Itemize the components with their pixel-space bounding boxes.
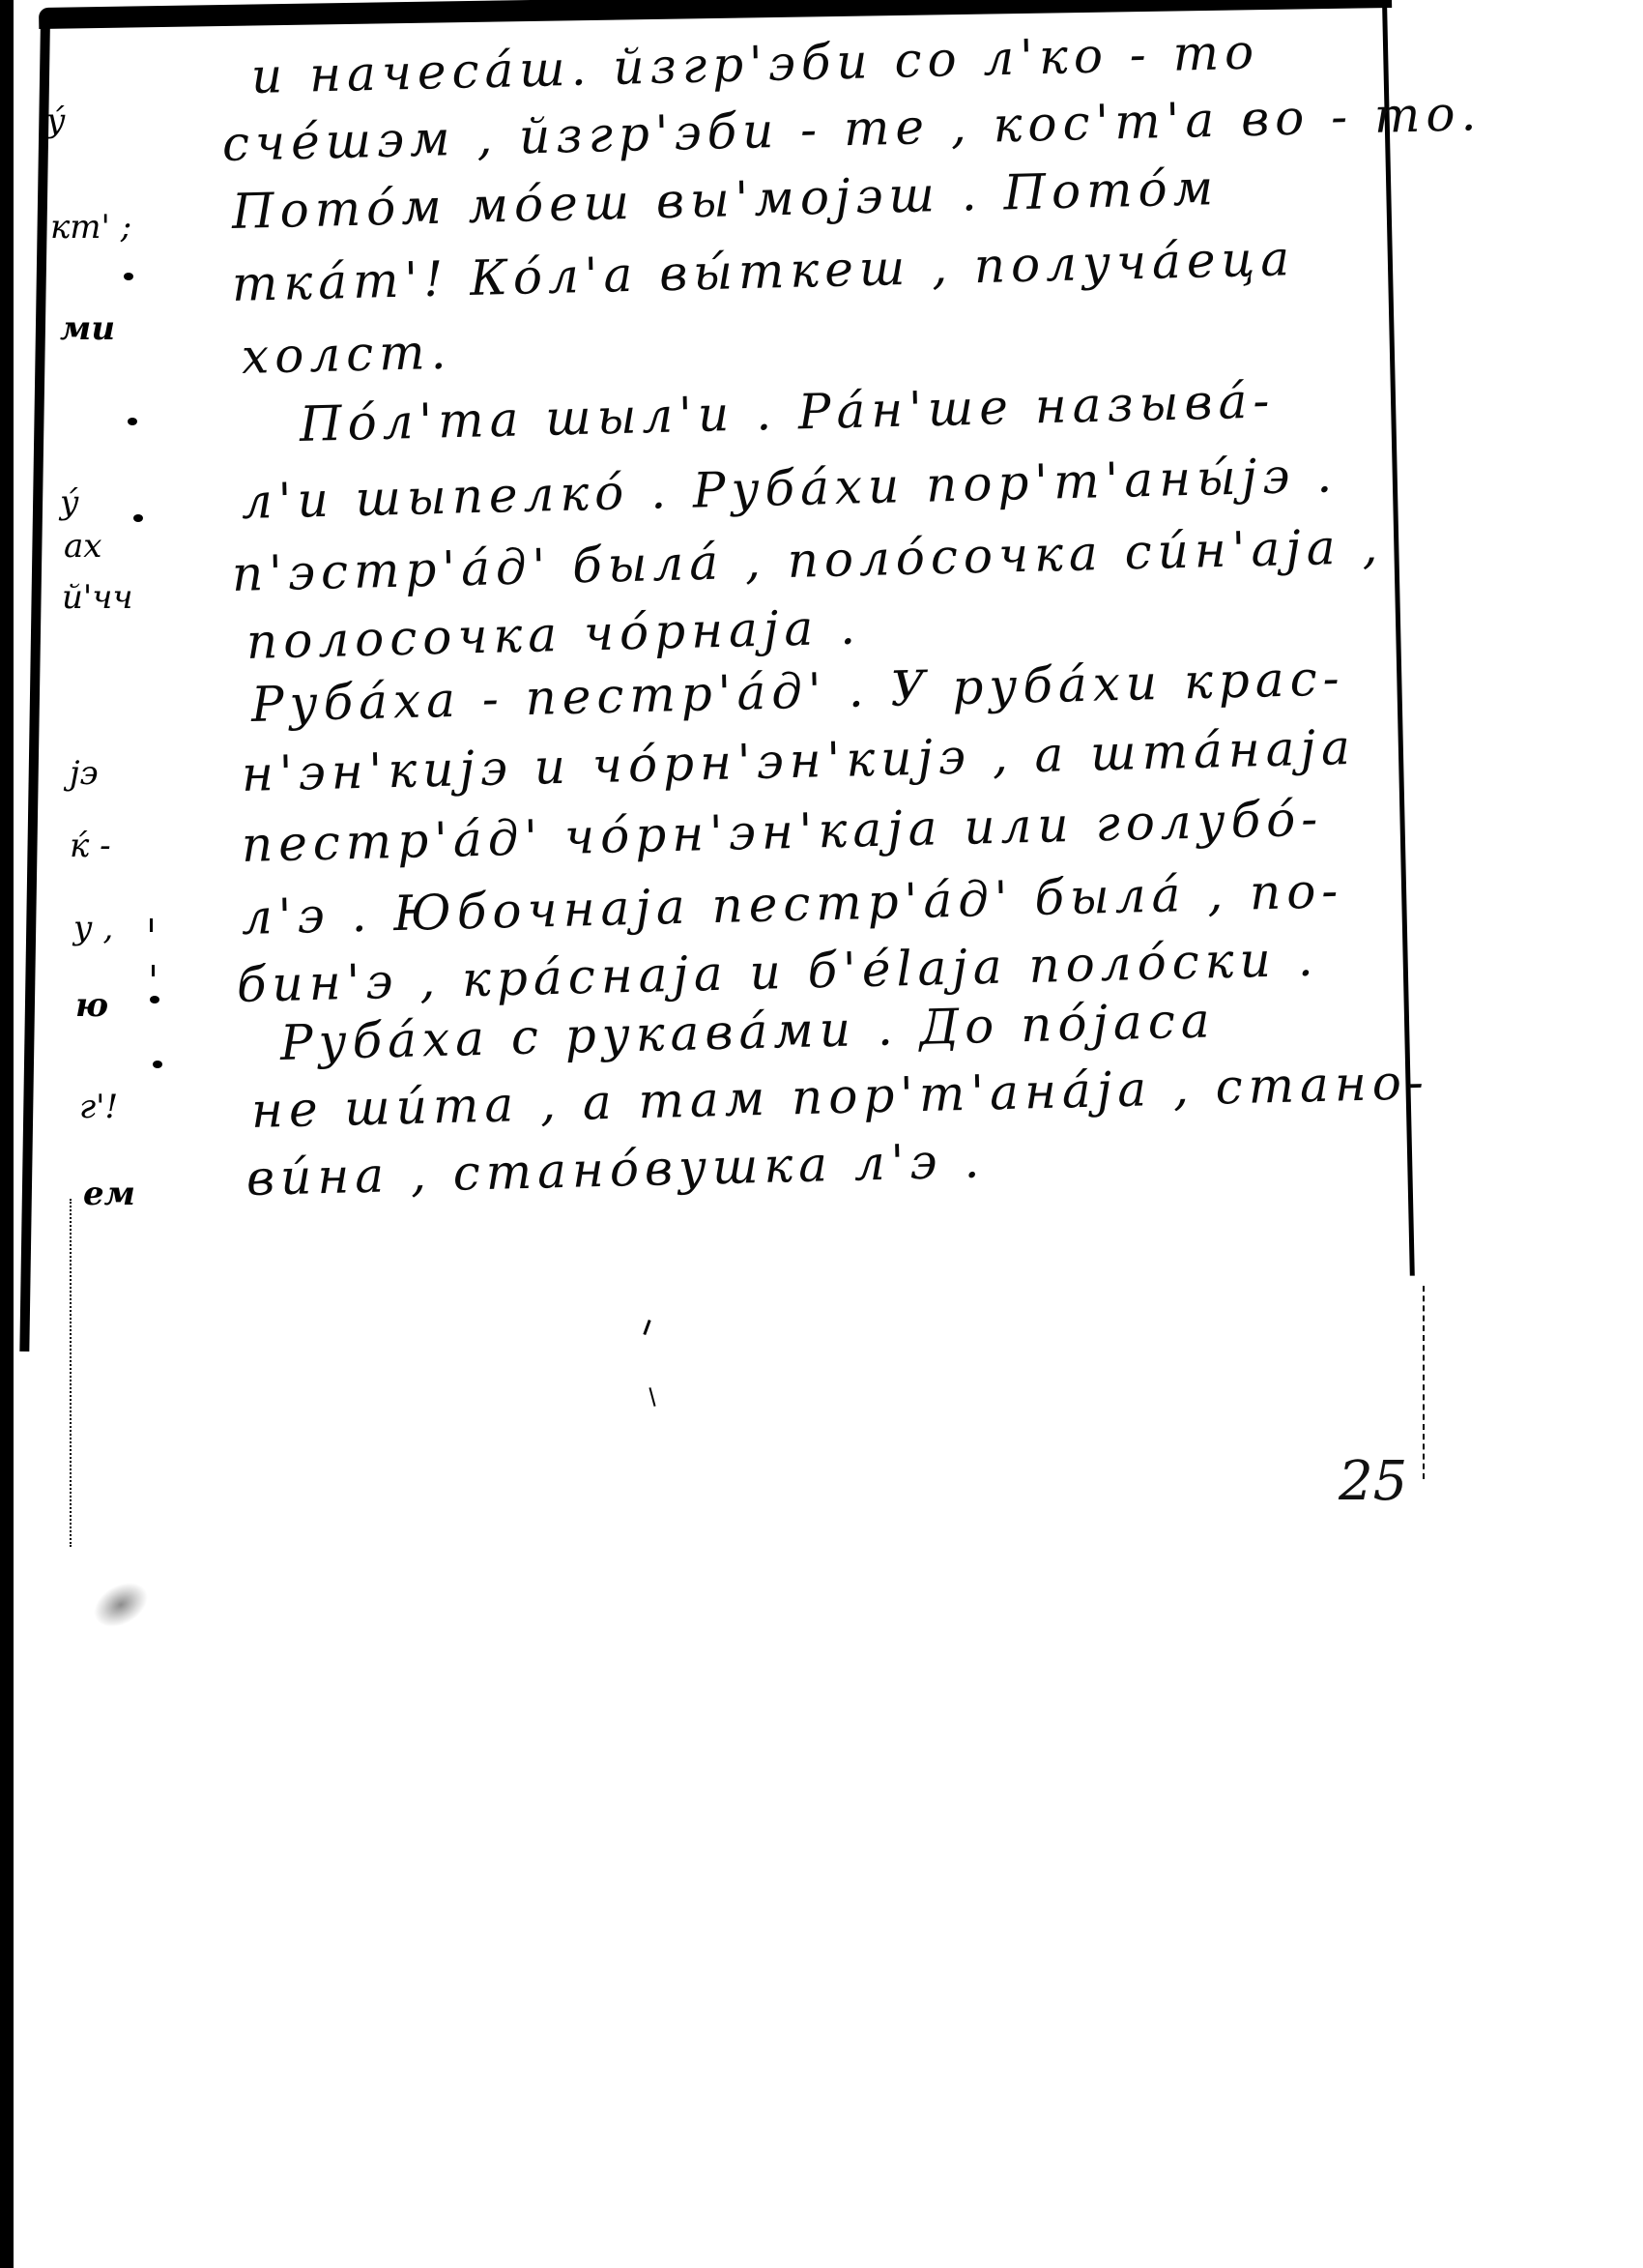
manuscript-line: Потóм мóеш вы'мојэш . Потóм (231, 160, 1219, 240)
margin-fragment: г'! (79, 1088, 118, 1126)
margin-fragment: ми (60, 309, 115, 348)
margin-fragment: ќ - (70, 827, 111, 865)
margin-fragment: ю (75, 986, 108, 1025)
margin-fragment: ем (83, 1175, 135, 1213)
scanned-page: ý кт' ; ми ý ах й'чч јэ ќ - у , ю г'! ем… (0, 0, 1643, 2268)
ink-dot (150, 996, 159, 1003)
manuscript-line: и начесáш. йзгр'эби со л'ко - то (250, 24, 1259, 104)
ink-mark (150, 918, 153, 932)
ink-mark (152, 965, 155, 976)
manuscript-line: пестр'áд' чóрн'эн'каја или голубó- (241, 791, 1323, 873)
page-number: 25 (1339, 1450, 1407, 1513)
scan-smudge (86, 1574, 156, 1637)
ink-dot (128, 418, 137, 425)
margin-fragment: й'чч (62, 578, 133, 617)
manuscript-line: л'э . Юбочнаја пестр'áд' былá , по- (241, 862, 1344, 945)
manuscript-line: п'эстр'áд' былá , полóсочка си́н'аја , (231, 518, 1384, 602)
margin-fragment: кт' ; (50, 208, 131, 247)
ink-dot (153, 1061, 162, 1068)
page-left-edge-faint (70, 1199, 73, 1547)
margin-fragment: ах (64, 527, 101, 566)
margin-fragment: ý (46, 102, 65, 140)
ink-dot (124, 273, 133, 280)
manuscript-line: н'эн'кијэ и чóрн'эн'кијэ , а штáнаја (241, 719, 1356, 802)
manuscript-line: холст. (241, 324, 452, 385)
page-right-edge-faint (1423, 1286, 1426, 1479)
manuscript-line: ткáт'! Кóл'а вы́ткеш , получáеца (231, 230, 1295, 312)
ink-dot (133, 514, 143, 522)
ink-mark (643, 1320, 650, 1335)
margin-fragment: у , (73, 909, 113, 947)
margin-fragment: ý (60, 483, 78, 522)
scanner-edge-left (0, 0, 14, 2268)
manuscript-line: полосочка чóрнаја . (245, 598, 861, 670)
manuscript-line: ви́на , станóвушка л'э . (245, 1132, 986, 1207)
manuscript-line: Пóл'та шыл'и . Рáн'ше называ́- (299, 372, 1276, 452)
manuscript-line: л'и шыпелкó . Рубáхи пор'т'аны́јэ . (241, 447, 1338, 530)
margin-fragment: јэ (70, 754, 99, 793)
ink-mark (649, 1387, 655, 1407)
page-left-edge (19, 17, 50, 1352)
scanner-edge-left-lower (0, 2040, 10, 2268)
